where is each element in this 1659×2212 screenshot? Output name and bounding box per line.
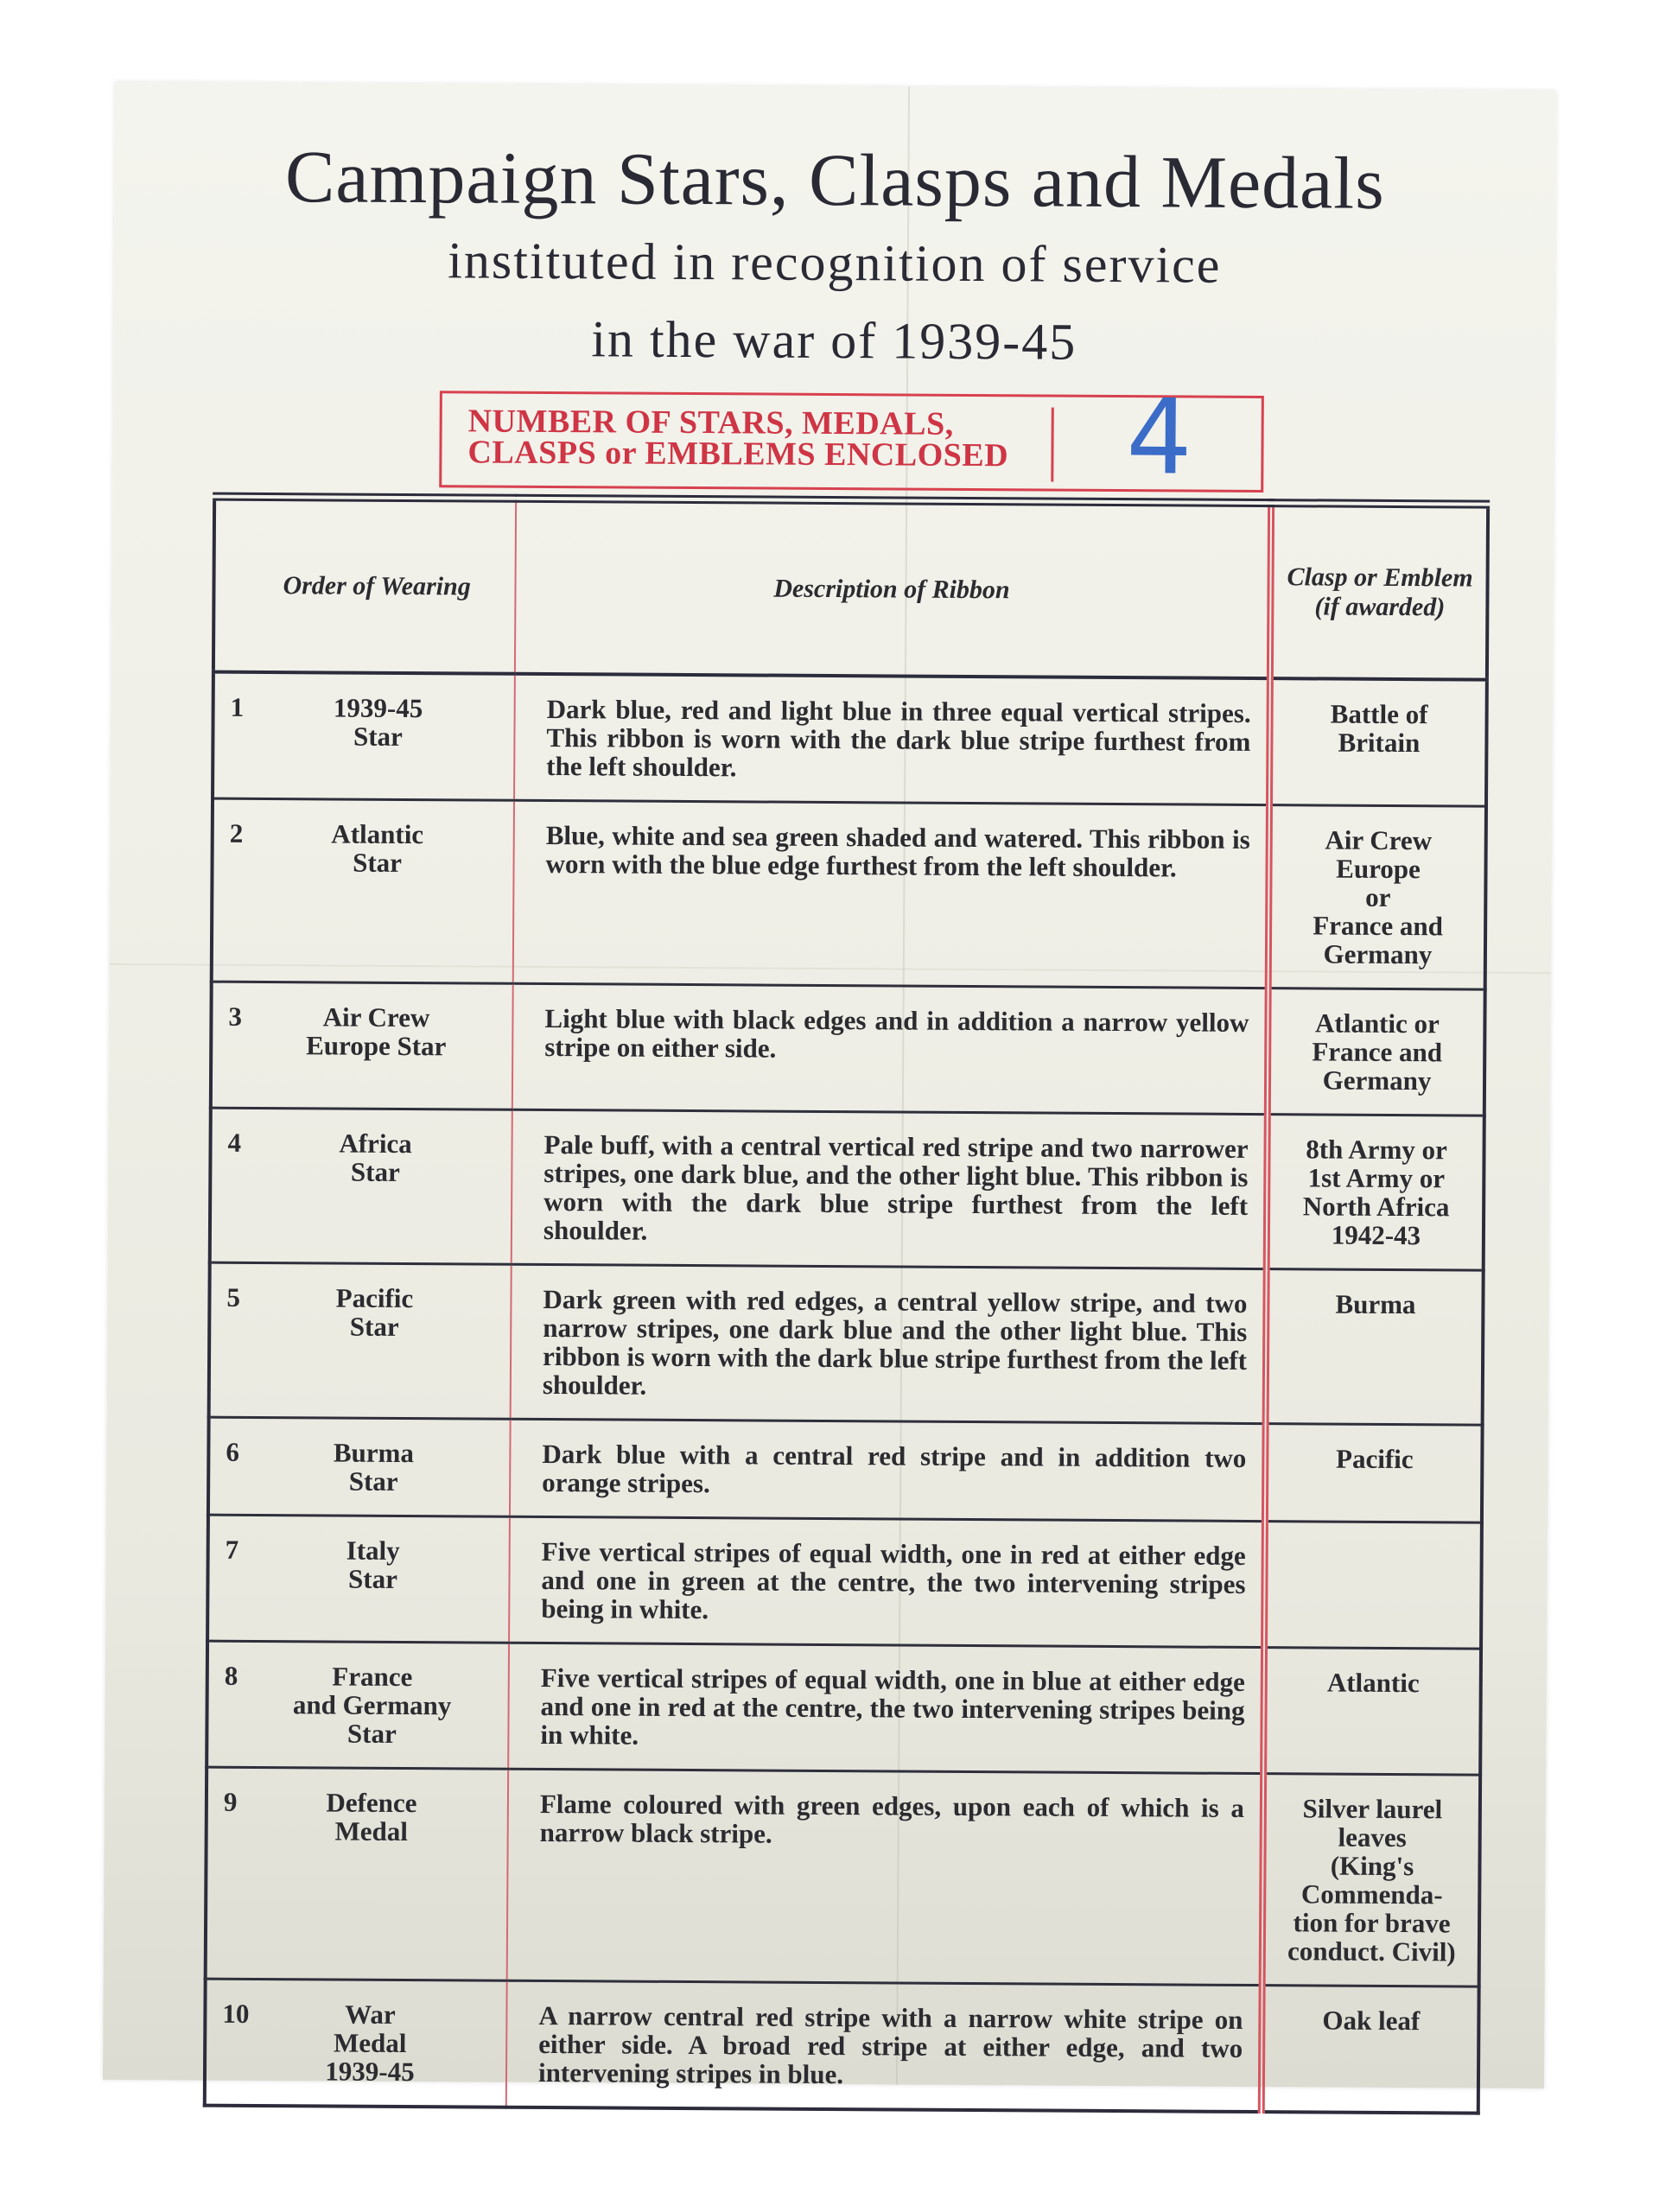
- order-number: 3: [228, 1002, 242, 1031]
- award-name: Air Crew Europe Star: [213, 1002, 512, 1061]
- ribbon-description: Blue, white and sea green shaded and wat…: [513, 800, 1269, 988]
- ribbon-description: Five vertical stripes of equal width, on…: [509, 1516, 1265, 1647]
- enclosed-count-label: NUMBER OF STARS, MEDALS, CLASPS or EMBLE…: [467, 405, 1046, 471]
- clasp-or-emblem: [1264, 1522, 1482, 1649]
- document-sheet: Campaign Stars, Clasps and Medals instit…: [103, 82, 1556, 2088]
- table-row: 6 Burma Star Dark blue with a central re…: [208, 1417, 1483, 1522]
- ribbon-description: Dark blue, red and light blue in three e…: [514, 674, 1270, 805]
- clasp-or-emblem: Atlantic: [1263, 1648, 1481, 1776]
- clasp-or-emblem: Burma: [1266, 1269, 1484, 1426]
- header-order-of-wearing: Order of Wearing: [213, 497, 516, 674]
- order-cell: 8 France and Germany Star: [207, 1641, 509, 1769]
- award-name: Pacific Star: [211, 1283, 510, 1342]
- order-number: 7: [226, 1535, 239, 1564]
- count-box-divider: [1051, 408, 1054, 482]
- clasp-or-emblem: Air Crew Europe or France and Germany: [1268, 805, 1486, 990]
- ribbon-description: A narrow central red stripe with a narro…: [506, 1980, 1262, 2112]
- clasp-or-emblem: Atlantic or France and Germany: [1268, 988, 1485, 1116]
- order-number: 1: [231, 693, 245, 721]
- order-cell: 4 Africa Star: [210, 1108, 512, 1264]
- order-cell: 7 Italy Star: [207, 1515, 510, 1643]
- award-name: 1939-45 Star: [214, 693, 513, 752]
- document-subtitle-line2: in the war of 1939-45: [113, 307, 1554, 375]
- ribbon-description: Five vertical stripes of equal width, on…: [508, 1643, 1264, 1773]
- table-row: 4 Africa Star Pale buff, with a central …: [210, 1108, 1484, 1270]
- table-row: 3 Air Crew Europe Star Light blue with b…: [211, 982, 1485, 1116]
- award-name: Atlantic Star: [213, 819, 512, 878]
- order-number: 6: [226, 1438, 239, 1466]
- award-name: France and Germany Star: [208, 1662, 508, 1749]
- table-row: 1 1939-45 Star Dark blue, red and light …: [213, 672, 1487, 807]
- order-number: 5: [226, 1283, 240, 1312]
- order-number: 4: [227, 1128, 241, 1157]
- order-cell: 9 Defence Medal: [206, 1767, 508, 1980]
- award-name: War Medal 1939-45: [207, 1999, 506, 2087]
- clasp-or-emblem: Pacific: [1265, 1424, 1483, 1523]
- award-name: Burma Star: [210, 1438, 509, 1497]
- award-name: Africa Star: [212, 1128, 511, 1187]
- order-number: 9: [224, 1788, 238, 1816]
- award-name: Italy Star: [209, 1535, 508, 1594]
- table-row: 8 France and Germany Star Five vertical …: [207, 1641, 1481, 1775]
- table-row: 2 Atlantic Star Blue, white and sea gree…: [212, 798, 1486, 989]
- header-description-of-ribbon: Description of Ribbon: [515, 499, 1271, 678]
- clasp-or-emblem: Battle of Britain: [1269, 678, 1487, 806]
- clasp-or-emblem: 8th Army or 1st Army or North Africa 194…: [1267, 1115, 1484, 1271]
- order-cell: 6 Burma Star: [208, 1417, 511, 1516]
- award-name: Defence Medal: [208, 1788, 507, 1847]
- table-row: 9 Defence Medal Flame coloured with gree…: [206, 1767, 1480, 1986]
- order-cell: 2 Atlantic Star: [212, 798, 514, 983]
- table-row: 10 War Medal 1939-45 A narrow central re…: [205, 1979, 1479, 2113]
- clasp-or-emblem: Oak leaf: [1262, 1986, 1479, 2113]
- ribbon-description: Dark blue with a central red stripe and …: [510, 1419, 1266, 1521]
- ribbon-description: Flame coloured with green edges, upon ea…: [507, 1769, 1263, 1985]
- order-cell: 10 War Medal 1939-45: [205, 1979, 507, 2107]
- ribbon-description: Dark green with red edges, a central yel…: [511, 1264, 1267, 1423]
- order-number: 2: [230, 819, 244, 848]
- document-title: Campaign Stars, Clasps and Medals: [114, 132, 1556, 227]
- clasp-or-emblem: Silver laurel leaves (King's Commenda- t…: [1262, 1774, 1480, 1987]
- table-row: 7 Italy Star Five vertical stripes of eq…: [207, 1515, 1482, 1649]
- enclosed-count-box: NUMBER OF STARS, MEDALS, CLASPS or EMBLE…: [439, 391, 1264, 493]
- ribbon-description: Pale buff, with a central vertical red s…: [512, 1109, 1268, 1268]
- table-row: 5 Pacific Star Dark green with red edges…: [209, 1262, 1484, 1425]
- table-header-row: Order of Wearing Description of Ribbon C…: [213, 497, 1488, 680]
- medals-table: Order of Wearing Description of Ribbon C…: [203, 493, 1490, 2115]
- ribbon-description: Light blue with black edges and in addit…: [512, 983, 1268, 1114]
- document-subtitle-line1: instituted in recognition of service: [114, 229, 1555, 297]
- order-cell: 1 1939-45 Star: [213, 672, 515, 801]
- order-number: 10: [222, 1999, 249, 2028]
- header-clasp-or-emblem: Clasp or Emblem (if awarded): [1270, 503, 1488, 680]
- enclosed-count-handwritten-value: 4: [1072, 373, 1246, 504]
- order-cell: 3 Air Crew Europe Star: [211, 982, 513, 1109]
- order-number: 8: [225, 1662, 238, 1690]
- order-cell: 5 Pacific Star: [209, 1262, 512, 1419]
